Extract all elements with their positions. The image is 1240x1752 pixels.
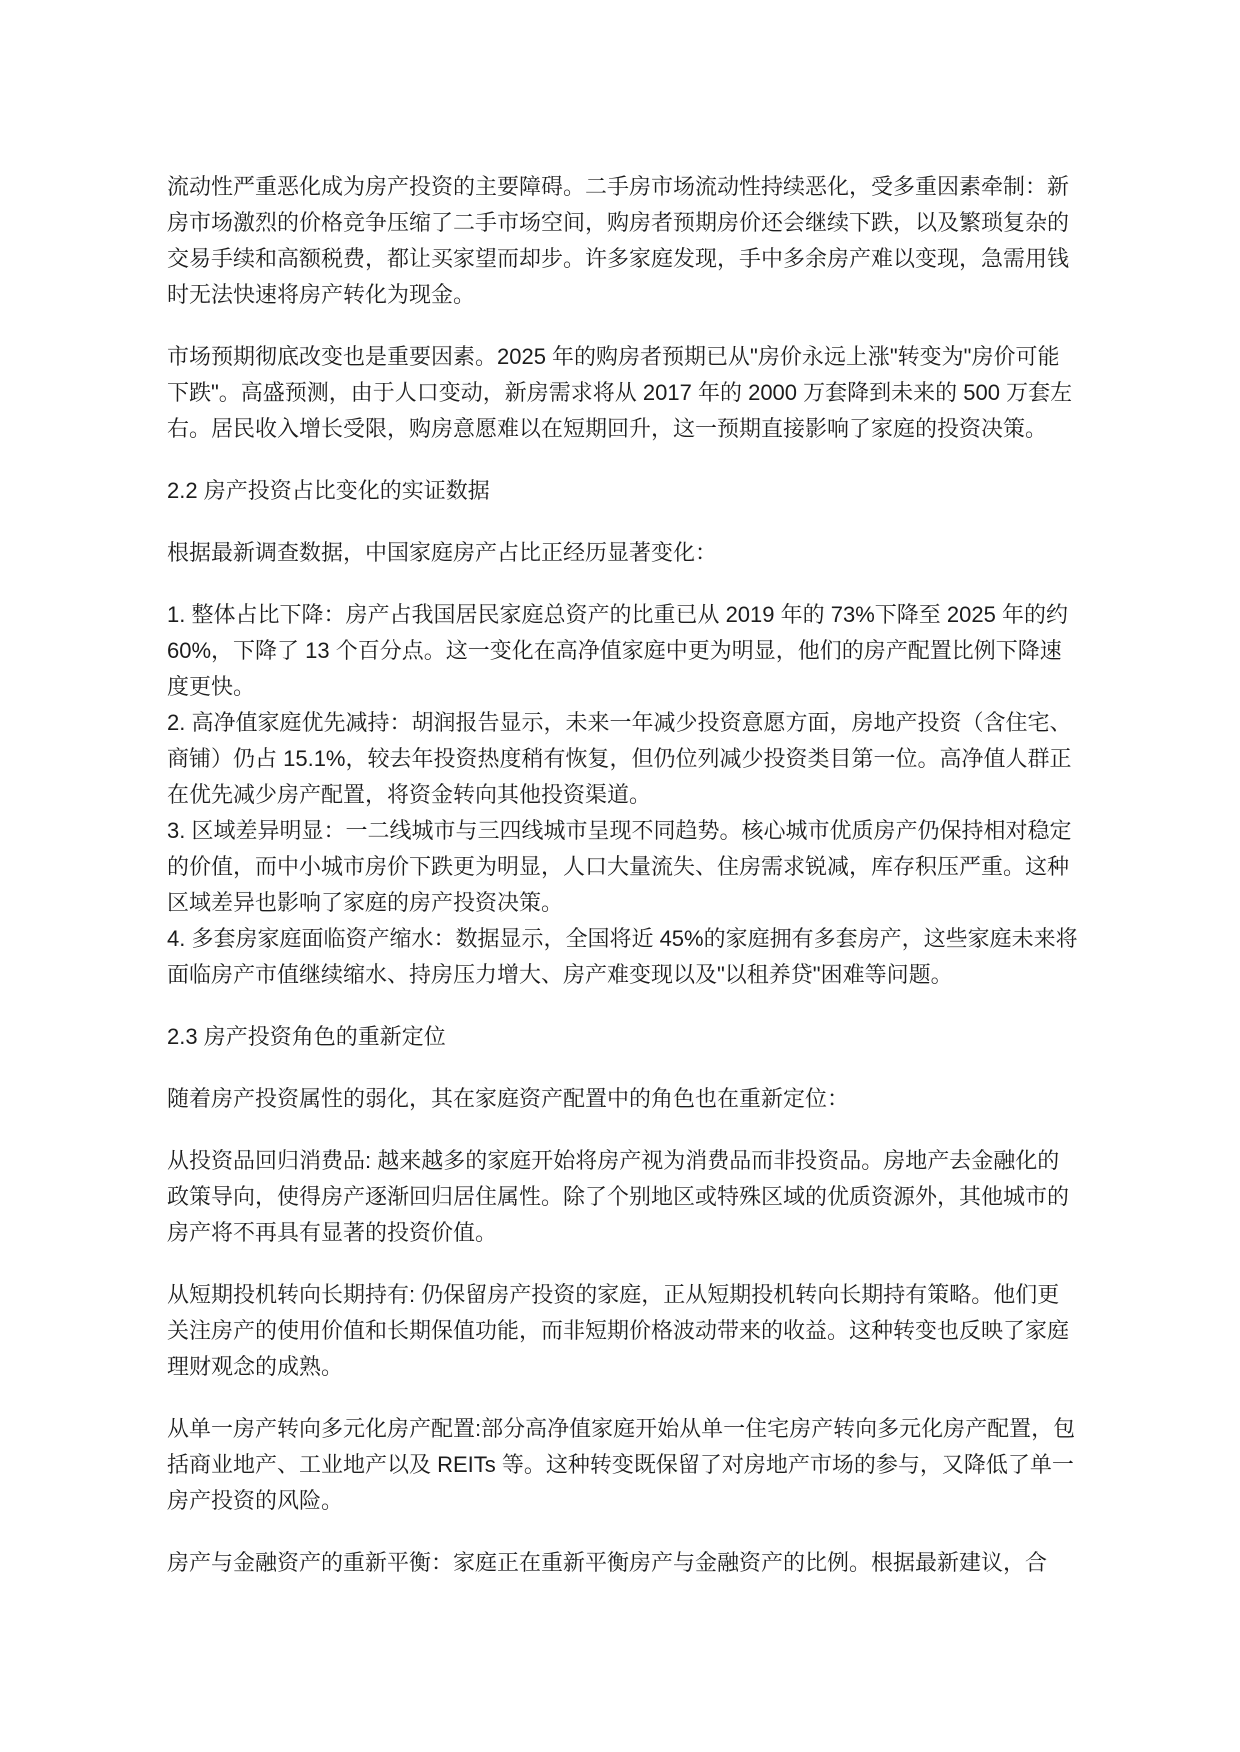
list-item-multi-property-shrinkage: 4. 多套房家庭面临资产缩水：数据显示，全国将近 45%的家庭拥有多套房产，这些…	[167, 921, 1078, 993]
paragraph-market-expectation: 市场预期彻底改变也是重要因素。2025 年的购房者预期已从"房价永远上涨"转变为…	[167, 339, 1078, 447]
section-heading-2-2: 2.2 房产投资占比变化的实证数据	[167, 473, 1078, 509]
paragraph-survey-intro: 根据最新调查数据，中国家庭房产占比正经历显著变化：	[167, 535, 1078, 571]
list-item-regional-difference: 3. 区域差异明显：一二线城市与三四线城市呈现不同趋势。核心城市优质房产仍保持相…	[167, 813, 1078, 921]
list-item-high-net-worth-reduction: 2. 高净值家庭优先减持：胡润报告显示，未来一年减少投资意愿方面，房地产投资（含…	[167, 705, 1078, 813]
list-item-overall-decline: 1. 整体占比下降：房产占我国居民家庭总资产的比重已从 2019 年的 73%下…	[167, 597, 1078, 705]
numbered-list-occupancy-changes: 1. 整体占比下降：房产占我国居民家庭总资产的比重已从 2019 年的 73%下…	[167, 597, 1078, 993]
document-page: 流动性严重恶化成为房产投资的主要障碍。二手房市场流动性持续恶化，受多重因素牵制：…	[167, 169, 1078, 1581]
paragraph-role-repositioning-intro: 随着房产投资属性的弱化，其在家庭资产配置中的角色也在重新定位：	[167, 1081, 1078, 1117]
paragraph-rebalance-property-financial: 房产与金融资产的重新平衡：家庭正在重新平衡房产与金融资产的比例。根据最新建议，合	[167, 1545, 1078, 1581]
paragraph-investment-to-consumption: 从投资品回归消费品: 越来越多的家庭开始将房产视为消费品而非投资品。房地产去金融…	[167, 1143, 1078, 1251]
paragraph-liquidity-deterioration: 流动性严重恶化成为房产投资的主要障碍。二手房市场流动性持续恶化，受多重因素牵制：…	[167, 169, 1078, 313]
section-heading-2-3: 2.3 房产投资角色的重新定位	[167, 1019, 1078, 1055]
paragraph-speculation-to-longterm: 从短期投机转向长期持有: 仍保留房产投资的家庭，正从短期投机转向长期持有策略。他…	[167, 1277, 1078, 1385]
paragraph-single-to-diversified: 从单一房产转向多元化房产配置:部分高净值家庭开始从单一住宅房产转向多元化房产配置…	[167, 1411, 1078, 1519]
